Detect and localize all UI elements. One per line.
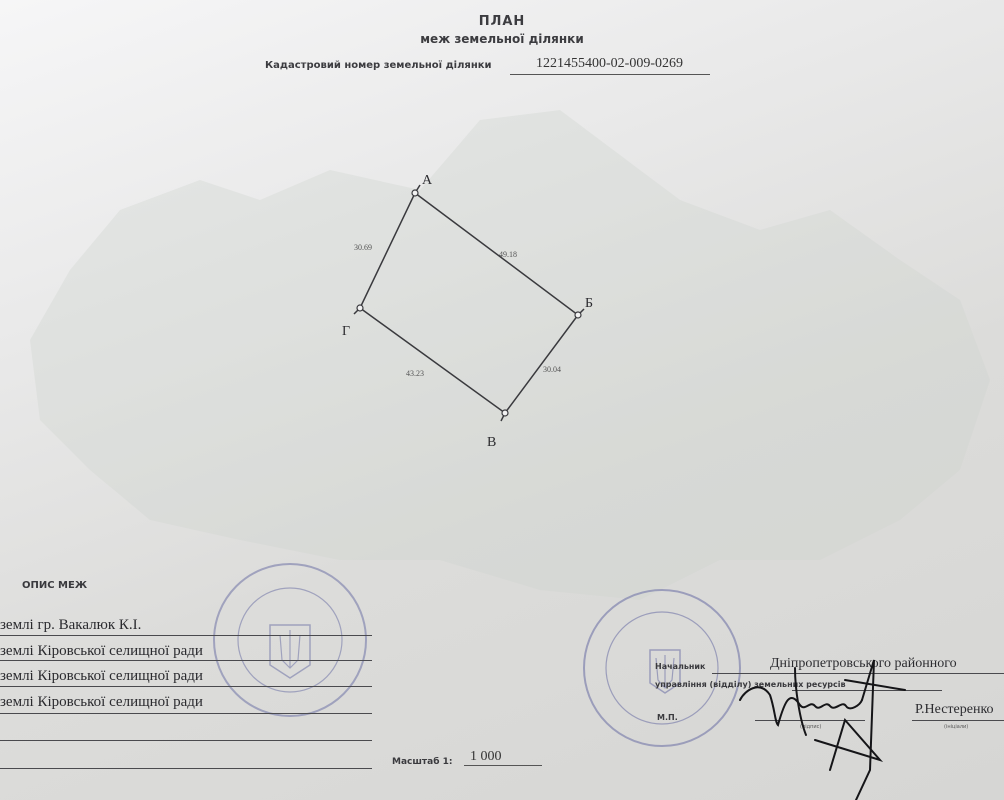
row-line [0,740,372,741]
vertex-b-marker [575,312,581,318]
signature-line [755,720,865,721]
side-length: 30.04 [543,365,561,374]
signatory-name: Р.Нестеренко [915,702,994,718]
side-length: 43.23 [406,369,424,378]
name-line [912,720,1004,721]
boundary-row: землі Кіровської селищної ради [0,694,203,711]
department-label: управління (відділу) земельних ресурсів [655,680,846,689]
stamp-place-label: М.П. [657,713,678,722]
department-line [792,690,942,691]
plot-boundary [360,193,578,413]
side-length: 49.18 [499,250,517,259]
vertex-label: Б [585,296,593,311]
vertex-label: В [487,435,496,450]
row-line [0,768,372,769]
row-line [0,686,372,687]
vertex-label: А [422,173,433,188]
signature-caption: (підпис) [800,724,821,730]
side-length: 30.69 [354,243,372,252]
district-line [712,673,1004,674]
boundary-row: землі Кіровської селищної ради [0,668,203,685]
district-text: Дніпропетровського районного [770,656,957,672]
boundary-row: землі гр. Вакалюк К.І. [0,617,141,634]
scale-value: 1 000 [470,749,502,765]
vertex-v-marker [502,410,508,416]
vertex-label: Г [342,324,350,339]
row-line [0,660,372,661]
position-label: Начальник [655,662,705,671]
row-line [0,635,372,636]
scale-label: Масштаб 1: [392,757,453,767]
name-caption: (ініціали) [944,724,968,730]
scale-underline [464,765,542,766]
row-line [0,713,372,714]
vertex-g-marker [357,305,363,311]
boundaries-title: ОПИС МЕЖ [22,580,87,591]
vertex-a-marker [412,190,418,196]
boundary-row: землі Кіровської селищної ради [0,643,203,660]
